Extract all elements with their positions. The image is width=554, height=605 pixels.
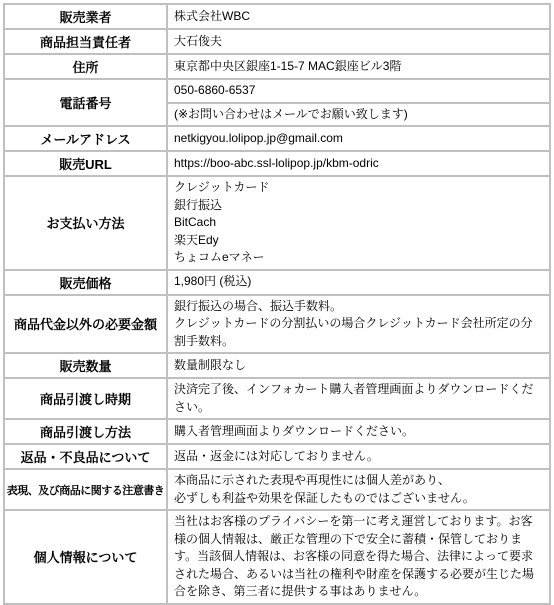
row-label: 販売価格 — [4, 270, 167, 295]
value-line: ちょコムeマネー — [174, 249, 543, 267]
row-label: 返品・不良品について — [4, 444, 167, 469]
row-label: 商品引渡し時期 — [4, 378, 167, 419]
row-value: 本商品に示された表現や再現性には個人差があり、必ずしも利益や効果を保証したもので… — [167, 469, 550, 510]
value-line: 銀行振込の場合、振込手数料。 — [174, 298, 543, 316]
row-value: クレジットカード銀行振込BitCach楽天Edyちょコムeマネー — [167, 176, 550, 270]
row-value: 返品・返金には対応しておりません。 — [167, 444, 550, 469]
table-row: 販売数量数量制限なし — [4, 353, 550, 378]
seller-info-table: 販売業者株式会社WBC商品担当責任者大石俊夫住所東京都中央区銀座1-15-7 M… — [3, 3, 551, 605]
row-label: お支払い方法 — [4, 176, 167, 270]
row-label: メールアドレス — [4, 126, 167, 151]
value-line: 返品・返金には対応しておりません。 — [174, 448, 543, 466]
table-row: 商品担当責任者大石俊夫 — [4, 29, 550, 54]
value-line: 東京都中央区銀座1-15-7 MAC銀座ビル3階 — [174, 58, 543, 76]
row-value: 購入者管理画面よりダウンロードください。 — [167, 419, 550, 444]
value-line: 株式会社WBC — [174, 8, 543, 26]
row-value: 株式会社WBC — [167, 4, 550, 29]
table-row: お支払い方法クレジットカード銀行振込BitCach楽天Edyちょコムeマネー — [4, 176, 550, 270]
table-row: 電話番号050-6860-6537 — [4, 79, 550, 103]
row-value: 050-6860-6537 — [167, 79, 550, 103]
value-line: 本商品に示された表現や再現性には個人差があり、 — [174, 472, 543, 490]
table-row: 販売業者株式会社WBC — [4, 4, 550, 29]
value-line: 決済完了後、インフォカート購入者管理画面よりダウンロードください。 — [174, 381, 543, 416]
row-value: 銀行振込の場合、振込手数料。クレジットカードの分割払いの場合クレジットカード会社… — [167, 295, 550, 354]
row-label: 表現、及び商品に関する注意書き — [4, 469, 167, 510]
row-value: 当社はお客様のプライバシーを第一に考え運営しております。お客様の個人情報は、厳正… — [167, 510, 550, 604]
row-value: (※お問い合わせはメールでお願い致します) — [167, 103, 550, 127]
row-value: 1,980円 (税込) — [167, 270, 550, 295]
value-line: https://boo-abc.ssl-lolipop.jp/kbm-odric — [174, 155, 543, 173]
row-label: 住所 — [4, 54, 167, 79]
row-label: 商品引渡し方法 — [4, 419, 167, 444]
table-row: メールアドレスnetkigyou.lolipop.jp@gmail.com — [4, 126, 550, 151]
row-value: 決済完了後、インフォカート購入者管理画面よりダウンロードください。 — [167, 378, 550, 419]
seller-info-table-body: 販売業者株式会社WBC商品担当責任者大石俊夫住所東京都中央区銀座1-15-7 M… — [4, 4, 550, 604]
value-line: 大石俊夫 — [174, 33, 543, 51]
table-row: 返品・不良品について返品・返金には対応しておりません。 — [4, 444, 550, 469]
row-value: 大石俊夫 — [167, 29, 550, 54]
table-row: 販売URLhttps://boo-abc.ssl-lolipop.jp/kbm-… — [4, 151, 550, 176]
row-value: netkigyou.lolipop.jp@gmail.com — [167, 126, 550, 151]
row-label: 販売URL — [4, 151, 167, 176]
value-line: 楽天Edy — [174, 232, 543, 250]
value-line: クレジットカード — [174, 179, 543, 197]
table-row: 販売価格1,980円 (税込) — [4, 270, 550, 295]
row-label: 販売数量 — [4, 353, 167, 378]
seller-info-page: 販売業者株式会社WBC商品担当責任者大石俊夫住所東京都中央区銀座1-15-7 M… — [0, 0, 554, 557]
row-value: https://boo-abc.ssl-lolipop.jp/kbm-odric — [167, 151, 550, 176]
value-line: netkigyou.lolipop.jp@gmail.com — [174, 130, 543, 148]
row-value: 数量制限なし — [167, 353, 550, 378]
row-label: 商品代金以外の必要金額 — [4, 295, 167, 354]
value-line: クレジットカードの分割払いの場合クレジットカード会社所定の分割手数料。 — [174, 315, 543, 350]
row-label: 個人情報について — [4, 510, 167, 604]
value-line: 当社はお客様のプライバシーを第一に考え運営しております。お客様の個人情報は、厳正… — [174, 513, 543, 601]
row-value: 東京都中央区銀座1-15-7 MAC銀座ビル3階 — [167, 54, 550, 79]
row-label: 商品担当責任者 — [4, 29, 167, 54]
table-row: 商品引渡し方法購入者管理画面よりダウンロードください。 — [4, 419, 550, 444]
value-line: 数量制限なし — [174, 357, 543, 375]
table-row: 商品引渡し時期決済完了後、インフォカート購入者管理画面よりダウンロードください。 — [4, 378, 550, 419]
value-line: BitCach — [174, 214, 543, 232]
table-row: 表現、及び商品に関する注意書き本商品に示された表現や再現性には個人差があり、必ず… — [4, 469, 550, 510]
row-label: 販売業者 — [4, 4, 167, 29]
table-row: 住所東京都中央区銀座1-15-7 MAC銀座ビル3階 — [4, 54, 550, 79]
value-line: 必ずしも利益や効果を保証したものではございません。 — [174, 490, 543, 508]
row-label: 電話番号 — [4, 79, 167, 126]
value-line: 購入者管理画面よりダウンロードください。 — [174, 423, 543, 441]
value-line: 銀行振込 — [174, 197, 543, 215]
value-line: 1,980円 (税込) — [174, 273, 543, 291]
table-row: 商品代金以外の必要金額銀行振込の場合、振込手数料。クレジットカードの分割払いの場… — [4, 295, 550, 354]
